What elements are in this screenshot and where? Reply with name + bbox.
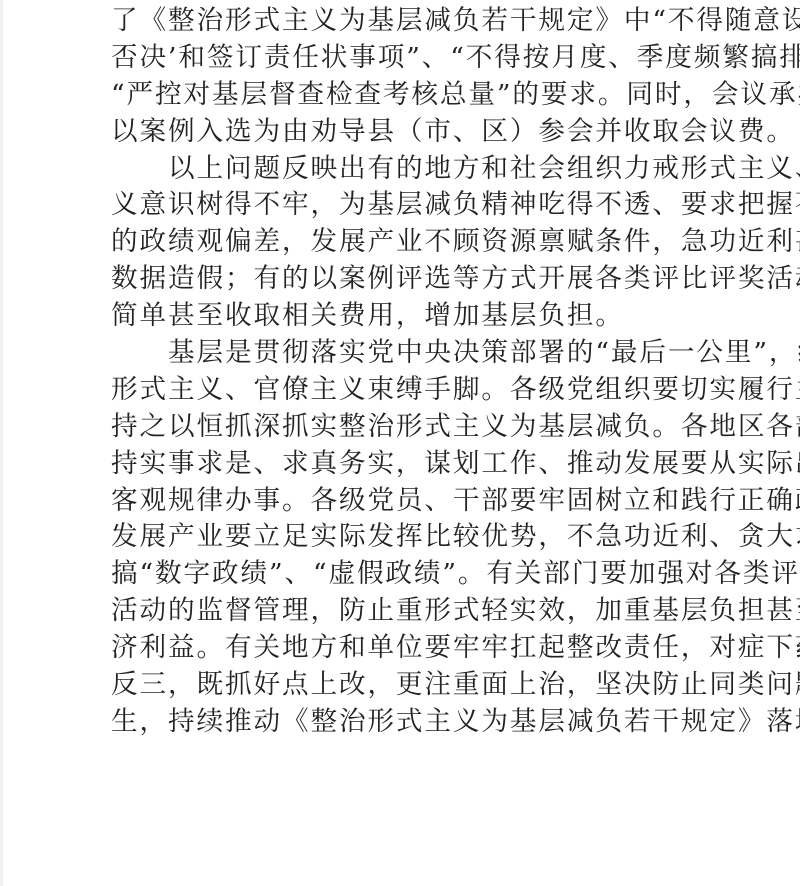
text-line: 搞“数字政绩”、“虚假政绩”。有关部门要加强对各类评比评奖等 [111,556,717,593]
text-line: 否决’和签订责任状事项”、“不得按月度、季度频繁搞排名通报”、 [111,40,717,77]
text-line: 济利益。有关地方和单位要牢牢扛起整改责任，对症下药、举一 [111,630,717,667]
text-line: 生，持续推动《整治形式主义为基层减负若干规定》落地见效。 [111,704,717,741]
document-page: 了《整治形式主义为基层减负若干规定》中“不得随意设置‘一票 否决’和签订责任状事… [0,0,800,886]
text-line: 活动的监督管理，防止重形式轻实效，加重基层负担甚至谋取经 [111,593,717,630]
text-line: 发展产业要立足实际发挥比较优势，不急功近利、贪大求全，不 [111,519,717,556]
text-line: 简单甚至收取相关费用，增加基层负担。 [111,298,717,335]
document-body: 了《整治形式主义为基层减负若干规定》中“不得随意设置‘一票 否决’和签订责任状事… [111,3,717,741]
text-line: 的政绩观偏差，发展产业不顾资源禀赋条件，急功近利甚至不惜 [111,224,717,261]
text-line: 了《整治形式主义为基层减负若干规定》中“不得随意设置‘一票 [111,3,717,40]
paragraph-2: 以上问题反映出有的地方和社会组织力戒形式主义、官僚主 义意识树得不牢，为基层减负… [111,151,717,335]
text-line: 持之以恒抓深抓实整治形式主义为基层减负。各地区各部门要坚 [111,409,717,446]
text-line: 以案例入选为由劝导县（市、区）参会并收取会议费。 [111,114,717,151]
text-line: 持实事求是、求真务实，谋划工作、推动发展要从实际出发，按 [111,446,717,483]
text-line: 数据造假；有的以案例评选等方式开展各类评比评奖活动，方法 [111,261,717,298]
paragraph-1: 了《整治形式主义为基层减负若干规定》中“不得随意设置‘一票 否决’和签订责任状事… [111,3,717,151]
text-line: “严控对基层督查检查考核总量”的要求。同时，会议承办单位还 [111,77,717,114]
text-line: 义意识树得不牢，为基层减负精神吃得不透、要求把握不严。有 [111,187,717,224]
text-line: 以上问题反映出有的地方和社会组织力戒形式主义、官僚主 [111,151,717,188]
text-line: 反三，既抓好点上改，更注重面上治，坚决防止同类问题反复发 [111,667,717,704]
text-line: 形式主义、官僚主义束缚手脚。各级党组织要切实履行主体责任， [111,372,717,409]
text-line: 基层是贯彻落实党中央决策部署的“最后一公里”，绝不能被 [111,335,717,372]
paragraph-3: 基层是贯彻落实党中央决策部署的“最后一公里”，绝不能被 形式主义、官僚主义束缚手… [111,335,717,741]
text-line: 客观规律办事。各级党员、干部要牢固树立和践行正确政绩观， [111,483,717,520]
